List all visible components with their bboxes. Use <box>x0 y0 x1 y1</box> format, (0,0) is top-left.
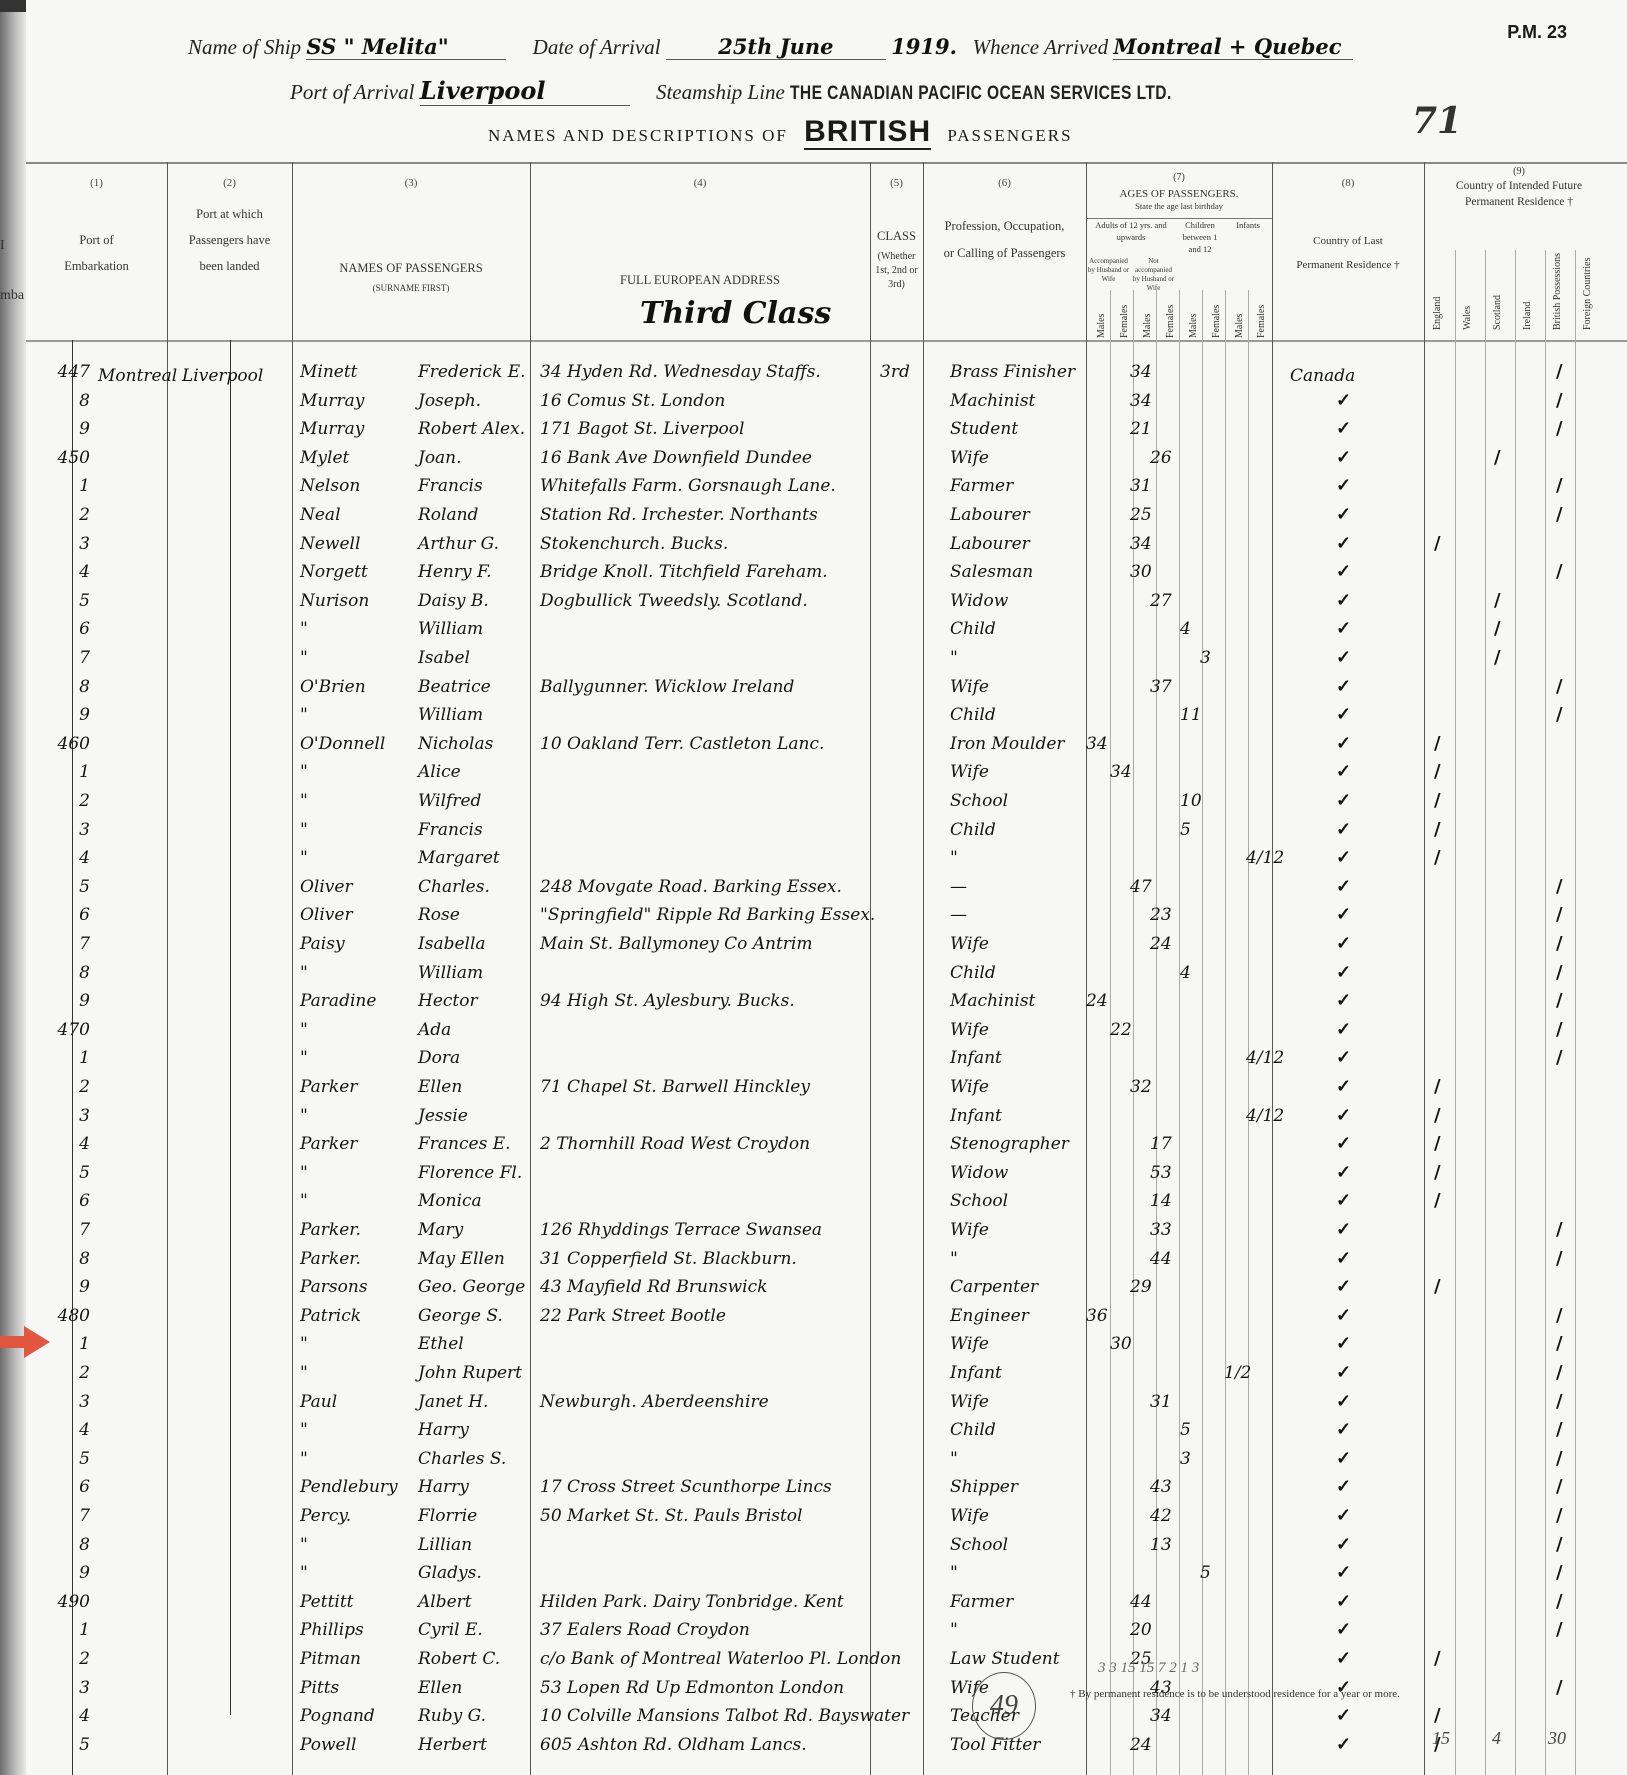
passenger-occupation: Child <box>950 816 996 844</box>
last-residence-tick-icon: ✓ <box>1336 959 1351 987</box>
passenger-address: Newburgh. Aberdeenshire <box>540 1388 769 1416</box>
passenger-surname: Nelson <box>300 472 360 500</box>
passenger-address: 17 Cross Street Scunthorpe Lincs <box>540 1473 832 1501</box>
last-residence-tick-icon: ✓ <box>1336 844 1351 872</box>
last-residence-tick-icon: ✓ <box>1336 387 1351 415</box>
passenger-given-name: Hector <box>418 987 478 1015</box>
future-residence-tick-icon: / <box>1434 816 1441 844</box>
col4-header: (4) FULL EUROPEAN ADDRESS <box>530 170 870 294</box>
last-residence-tick-icon: ✓ <box>1336 415 1351 443</box>
passenger-given-name: George S. <box>418 1302 503 1330</box>
future-residence-tick-icon: / <box>1556 387 1563 415</box>
ship-value: SS " Melita" <box>306 34 506 60</box>
passenger-given-name: Joseph. <box>418 387 481 415</box>
total-scotland: 4 <box>1492 1728 1501 1749</box>
passenger-age: 36 <box>1086 1302 1108 1330</box>
passenger-age: 30 <box>1110 1330 1132 1358</box>
passenger-age: 34 <box>1130 530 1152 558</box>
passenger-age: 31 <box>1130 472 1152 500</box>
passenger-address: "Springfield" Ripple Rd Barking Essex. <box>540 901 875 929</box>
future-residence-tick-icon: / <box>1556 1330 1563 1358</box>
passenger-surname: " <box>300 1445 308 1473</box>
passenger-occupation: School <box>950 1531 1008 1559</box>
passenger-surname: " <box>300 1359 308 1387</box>
passenger-surname: Pognand <box>300 1702 375 1730</box>
passenger-age: 24 <box>1086 987 1108 1015</box>
passenger-occupation: Infant <box>950 1102 1002 1130</box>
passenger-occupation: " <box>950 1245 958 1273</box>
passenger-address: 605 Ashton Rd. Oldham Lancs. <box>540 1731 807 1759</box>
passenger-age: 37 <box>1150 673 1172 701</box>
passenger-given-name: William <box>418 701 483 729</box>
last-residence-tick-icon: ✓ <box>1336 1073 1351 1101</box>
passenger-address: Dogbullick Tweedsly. Scotland. <box>540 587 808 615</box>
passenger-occupation: Brass Finisher <box>950 358 1075 386</box>
passenger-surname: Mylet <box>300 444 349 472</box>
future-residence-tick-icon: / <box>1434 730 1441 758</box>
passenger-number: 8 <box>30 1245 90 1273</box>
passenger-given-name: Henry F. <box>418 558 492 586</box>
future-residence-tick-icon: / <box>1556 1302 1563 1330</box>
passenger-given-name: Mary <box>418 1216 463 1244</box>
row-pointer-arrow <box>0 1336 26 1348</box>
passenger-given-name: Ethel <box>418 1330 464 1358</box>
future-residence-tick-icon: / <box>1556 1531 1563 1559</box>
passenger-given-name: Jessie <box>418 1102 468 1130</box>
passenger-surname: " <box>300 1531 308 1559</box>
passenger-address: 53 Lopen Rd Up Edmonton London <box>540 1674 844 1702</box>
passenger-given-name: May Ellen <box>418 1245 505 1273</box>
last-residence-tick-icon: ✓ <box>1336 1130 1351 1158</box>
col2-header: (2) Port at which Passengers have been l… <box>167 170 292 279</box>
passenger-surname: " <box>300 959 308 987</box>
passenger-age: 24 <box>1130 1731 1152 1759</box>
future-residence-tick-icon: / <box>1434 1645 1441 1673</box>
page-mark: 71 <box>1412 100 1462 142</box>
passenger-age: 3 <box>1180 1445 1191 1473</box>
passenger-given-name: Geo. George <box>418 1273 525 1301</box>
age-totals: 3 3 15 15 7 2 1 3 <box>1098 1660 1199 1677</box>
passenger-given-name: Robert C. <box>418 1645 500 1673</box>
passenger-surname: " <box>300 615 308 643</box>
passenger-occupation: Law Student <box>950 1645 1060 1673</box>
passenger-surname: " <box>300 844 308 872</box>
nationality: BRITISH <box>804 115 931 150</box>
last-residence-tick-icon: ✓ <box>1336 1359 1351 1387</box>
col9-header: (9) Country of Intended Future Permanent… <box>1424 166 1614 210</box>
future-residence-tick-icon: / <box>1556 358 1563 386</box>
passenger-number: 3 <box>30 1102 90 1130</box>
passenger-address: 31 Copperfield St. Blackburn. <box>540 1245 797 1273</box>
passenger-number: 2 <box>30 1073 90 1101</box>
last-residence-tick-icon: ✓ <box>1336 901 1351 929</box>
future-residence-tick-icon: / <box>1434 1073 1441 1101</box>
passenger-number: 460 <box>30 730 90 758</box>
passenger-occupation: Wife <box>950 673 989 701</box>
date-value: 25th June <box>666 34 886 60</box>
passenger-given-name: Cyril E. <box>418 1616 483 1644</box>
future-residence-tick-icon: / <box>1556 1044 1563 1072</box>
passenger-surname: " <box>300 701 308 729</box>
passenger-number: 9 <box>30 415 90 443</box>
passenger-occupation: Widow <box>950 587 1008 615</box>
passenger-occupation: Wife <box>950 758 989 786</box>
last-residence-tick-icon: ✓ <box>1336 1588 1351 1616</box>
passenger-given-name: Ada <box>418 1016 451 1044</box>
passenger-given-name: Daisy B. <box>418 587 489 615</box>
passenger-surname: Murray <box>300 387 364 415</box>
passenger-address: 2 Thornhill Road West Croydon <box>540 1130 810 1158</box>
passenger-surname: Parsons <box>300 1273 368 1301</box>
page-title: NAMES AND DESCRIPTIONS OF BRITISH PASSEN… <box>488 115 1073 149</box>
passenger-surname: Oliver <box>300 901 353 929</box>
edge-fragment: I <box>0 238 5 254</box>
passenger-occupation: Engineer <box>950 1302 1029 1330</box>
passenger-address: 171 Bagot St. Liverpool <box>540 415 744 443</box>
passenger-given-name: William <box>418 615 483 643</box>
passenger-given-name: Robert Alex. <box>418 415 525 443</box>
last-residence-tick-icon: ✓ <box>1336 501 1351 529</box>
future-residence-tick-icon: / <box>1494 444 1501 472</box>
last-residence-tick-icon: ✓ <box>1336 558 1351 586</box>
future-residence-tick-icon: / <box>1494 644 1501 672</box>
passenger-occupation: Farmer <box>950 472 1013 500</box>
passenger-given-name: Margaret <box>418 844 500 872</box>
passenger-surname: Newell <box>300 530 360 558</box>
line-value: THE CANADIAN PACIFIC OCEAN SERVICES LTD. <box>790 83 1172 105</box>
passenger-age: 5 <box>1180 1416 1191 1444</box>
passenger-age: 31 <box>1150 1388 1172 1416</box>
passenger-given-name: Gladys. <box>418 1559 482 1587</box>
last-residence-tick-icon: ✓ <box>1336 1445 1351 1473</box>
passenger-occupation: Infant <box>950 1359 1002 1387</box>
passenger-surname: " <box>300 1102 308 1130</box>
future-residence-tick-icon: / <box>1556 1388 1563 1416</box>
col8-header: (8) Country of Last Permanent Residence … <box>1272 170 1424 277</box>
passenger-given-name: Arthur G. <box>418 530 499 558</box>
future-residence-tick-icon: / <box>1556 701 1563 729</box>
total-british-possessions: 30 <box>1548 1728 1566 1749</box>
header-row-1: Name of Ship SS " Melita" Date of Arriva… <box>188 34 1353 60</box>
passenger-number: 490 <box>30 1588 90 1616</box>
passenger-age: 44 <box>1130 1588 1152 1616</box>
passenger-number: 7 <box>30 1502 90 1530</box>
last-residence-tick-icon: ✓ <box>1336 673 1351 701</box>
last-residence-tick-icon: ✓ <box>1336 1273 1351 1301</box>
passenger-age: 34 <box>1150 1702 1172 1730</box>
last-residence-tick-icon: ✓ <box>1336 1044 1351 1072</box>
passenger-address: 94 High St. Aylesbury. Bucks. <box>540 987 795 1015</box>
passenger-surname: Patrick <box>300 1302 361 1330</box>
passenger-occupation: Machinist <box>950 987 1035 1015</box>
last-residence-tick-icon: ✓ <box>1336 987 1351 1015</box>
passenger-given-name: Florence Fl. <box>418 1159 522 1187</box>
passenger-occupation: Wife <box>950 1016 989 1044</box>
passenger-number: 8 <box>30 673 90 701</box>
passenger-surname: Minett <box>300 358 358 386</box>
future-residence-tick-icon: / <box>1556 987 1563 1015</box>
passenger-number: 5 <box>30 1731 90 1759</box>
passenger-age: 5 <box>1200 1559 1211 1587</box>
passenger-age: 34 <box>1086 730 1108 758</box>
passenger-number: 8 <box>30 959 90 987</box>
passenger-surname: " <box>300 787 308 815</box>
scan-edge <box>0 0 26 1775</box>
passenger-surname: Neal <box>300 501 341 529</box>
passenger-given-name: Roland <box>418 501 478 529</box>
passenger-surname: " <box>300 1330 308 1358</box>
last-residence-tick-icon: ✓ <box>1336 816 1351 844</box>
passenger-number: 4 <box>30 1130 90 1158</box>
passenger-address: 50 Market St. St. Pauls Bristol <box>540 1502 802 1530</box>
passenger-number: 7 <box>30 644 90 672</box>
passenger-number: 1 <box>30 1616 90 1644</box>
passenger-given-name: Harry <box>418 1416 469 1444</box>
passenger-occupation: Stenographer <box>950 1130 1069 1158</box>
passenger-address: Main St. Ballymoney Co Antrim <box>540 930 812 958</box>
passenger-age: 20 <box>1130 1616 1152 1644</box>
passenger-age: 13 <box>1150 1531 1172 1559</box>
passenger-occupation: Widow <box>950 1159 1008 1187</box>
future-residence-tick-icon: / <box>1556 1616 1563 1644</box>
last-residence-tick-icon: ✓ <box>1336 587 1351 615</box>
passenger-age: 34 <box>1130 358 1152 386</box>
passenger-surname: Paradine <box>300 987 376 1015</box>
passenger-surname: O'Brien <box>300 673 366 701</box>
passenger-age: 5 <box>1180 816 1191 844</box>
passenger-surname: Oliver <box>300 873 353 901</box>
passenger-number: 3 <box>30 1388 90 1416</box>
passenger-occupation: — <box>950 901 967 929</box>
last-residence-tick-icon: ✓ <box>1336 1216 1351 1244</box>
passenger-address: 22 Park Street Bootle <box>540 1302 726 1330</box>
passenger-age: 1/2 <box>1224 1359 1251 1387</box>
passenger-surname: Powell <box>300 1731 356 1759</box>
passenger-age: 4/12 <box>1246 1102 1284 1130</box>
passenger-occupation: Child <box>950 959 996 987</box>
passenger-age: 26 <box>1150 444 1172 472</box>
passenger-address: 71 Chapel St. Barwell Hinckley <box>540 1073 810 1101</box>
future-residence-tick-icon: / <box>1556 415 1563 443</box>
arrow-icon <box>24 1326 50 1358</box>
passenger-occupation: Student <box>950 415 1018 443</box>
passenger-number: 7 <box>30 930 90 958</box>
passenger-number: 6 <box>30 1187 90 1215</box>
passenger-age: 23 <box>1150 901 1172 929</box>
passenger-given-name: Nicholas <box>418 730 493 758</box>
passenger-surname: " <box>300 1016 308 1044</box>
whence-value: Montreal + Quebec <box>1113 34 1353 60</box>
passenger-given-name: Francis <box>418 472 483 500</box>
header-row-2: Port of Arrival Liverpool Steamship Line… <box>290 76 1256 106</box>
passenger-occupation: Shipper <box>950 1473 1018 1501</box>
last-residence-tick-icon: ✓ <box>1336 1388 1351 1416</box>
passenger-given-name: Alice <box>418 758 461 786</box>
passenger-given-name: John Rupert <box>418 1359 522 1387</box>
passenger-number: 1 <box>30 472 90 500</box>
last-residence-tick-icon: ✓ <box>1336 1102 1351 1130</box>
passenger-surname: Percy. <box>300 1502 351 1530</box>
future-residence-tick-icon: / <box>1556 1416 1563 1444</box>
passenger-surname: " <box>300 816 308 844</box>
passenger-occupation: Wife <box>950 1388 989 1416</box>
passenger-given-name: Wilfred <box>418 787 481 815</box>
passenger-given-name: Charles S. <box>418 1445 506 1473</box>
passenger-address: 37 Ealers Road Croydon <box>540 1616 750 1644</box>
passenger-occupation: " <box>950 1616 958 1644</box>
future-residence-tick-icon: / <box>1556 873 1563 901</box>
passenger-surname: Parker <box>300 1130 357 1158</box>
passenger-occupation: " <box>950 1559 958 1587</box>
future-residence-tick-icon: / <box>1556 1445 1563 1473</box>
passenger-occupation: " <box>950 1445 958 1473</box>
passenger-number: 1 <box>30 1044 90 1072</box>
passenger-surname: Parker <box>300 1073 357 1101</box>
passenger-occupation: Wife <box>950 1330 989 1358</box>
passenger-given-name: Charles. <box>418 873 490 901</box>
last-residence-tick-icon: ✓ <box>1336 873 1351 901</box>
passenger-occupation: Farmer <box>950 1588 1013 1616</box>
future-residence-tick-icon: / <box>1494 587 1501 615</box>
last-residence-tick-icon: ✓ <box>1336 1645 1351 1673</box>
last-residence-tick-icon: ✓ <box>1336 787 1351 815</box>
passenger-number: 5 <box>30 873 90 901</box>
future-residence-tick-icon: / <box>1556 1245 1563 1273</box>
passenger-age: 25 <box>1130 501 1152 529</box>
passenger-number: 7 <box>30 1216 90 1244</box>
passenger-surname: Pettitt <box>300 1588 354 1616</box>
passenger-age: 33 <box>1150 1216 1172 1244</box>
passenger-given-name: Rose <box>418 901 460 929</box>
passenger-number: 2 <box>30 787 90 815</box>
future-residence-tick-icon: / <box>1434 530 1441 558</box>
passenger-address: Bridge Knoll. Titchfield Fareham. <box>540 558 828 586</box>
passenger-number: 4 <box>30 1702 90 1730</box>
passenger-number: 9 <box>30 987 90 1015</box>
passenger-given-name: Isabel <box>418 644 470 672</box>
passenger-age: 14 <box>1150 1187 1172 1215</box>
future-residence-tick-icon: / <box>1556 1674 1563 1702</box>
passenger-given-name: Joan. <box>418 444 462 472</box>
passenger-number: 2 <box>30 1645 90 1673</box>
passenger-occupation: Child <box>950 701 996 729</box>
passenger-surname: " <box>300 1559 308 1587</box>
passenger-age: 24 <box>1150 930 1172 958</box>
future-residence-tick-icon: / <box>1434 1102 1441 1130</box>
passenger-occupation: " <box>950 844 958 872</box>
passenger-given-name: Ruby G. <box>418 1702 486 1730</box>
future-residence-tick-icon: / <box>1434 1702 1441 1730</box>
passenger-age: 17 <box>1150 1130 1172 1158</box>
passenger-age: 10 <box>1180 787 1202 815</box>
last-residence-tick-icon: ✓ <box>1336 1330 1351 1358</box>
ship-label: Name of Ship <box>188 35 301 59</box>
passenger-address: 16 Bank Ave Downfield Dundee <box>540 444 812 472</box>
passenger-age: 11 <box>1180 701 1202 729</box>
future-residence-tick-icon: / <box>1556 1502 1563 1530</box>
passenger-address: 34 Hyden Rd. Wednesday Staffs. <box>540 358 821 386</box>
last-residence: Canada <box>1290 362 1355 390</box>
passenger-number: 450 <box>30 444 90 472</box>
passenger-given-name: Ellen <box>418 1073 462 1101</box>
passenger-surname: Parker. <box>300 1216 361 1244</box>
passenger-address: Hilden Park. Dairy Tonbridge. Kent <box>540 1588 844 1616</box>
passenger-given-name: Dora <box>418 1044 460 1072</box>
port-value: Liverpool <box>420 76 630 106</box>
future-residence-tick-icon: / <box>1556 673 1563 701</box>
passenger-surname: Pitman <box>300 1645 361 1673</box>
passenger-occupation: — <box>950 873 967 901</box>
passenger-address: 10 Colville Mansions Talbot Rd. Bayswate… <box>540 1702 909 1730</box>
passenger-surname: Pendlebury <box>300 1473 398 1501</box>
table-top-rule <box>26 162 1627 164</box>
passenger-age: 34 <box>1110 758 1132 786</box>
passenger-occupation: Iron Moulder <box>950 730 1065 758</box>
last-residence-tick-icon: ✓ <box>1336 530 1351 558</box>
future-residence-tick-icon: / <box>1556 558 1563 586</box>
whence-label: Whence Arrived <box>973 35 1108 59</box>
last-residence-tick-icon: ✓ <box>1336 472 1351 500</box>
passenger-number: 8 <box>30 387 90 415</box>
last-residence-tick-icon: ✓ <box>1336 730 1351 758</box>
embarkation-port: Montreal <box>98 362 177 390</box>
year-value: 1919. <box>891 34 957 59</box>
passenger-number: 5 <box>30 1445 90 1473</box>
passenger-occupation: Wife <box>950 1216 989 1244</box>
passenger-address: 248 Movgate Road. Barking Essex. <box>540 873 842 901</box>
future-residence-tick-icon: / <box>1556 472 1563 500</box>
future-residence-tick-icon: / <box>1556 1473 1563 1501</box>
last-residence-tick-icon: ✓ <box>1336 1187 1351 1215</box>
passenger-age: 30 <box>1130 558 1152 586</box>
passenger-number: 9 <box>30 1273 90 1301</box>
passenger-occupation: Salesman <box>950 558 1033 586</box>
passenger-occupation: Carpenter <box>950 1273 1038 1301</box>
passenger-surname: " <box>300 1187 308 1215</box>
passenger-age: 27 <box>1150 587 1172 615</box>
last-residence-tick-icon: ✓ <box>1336 444 1351 472</box>
passenger-number: 470 <box>30 1016 90 1044</box>
passenger-occupation: Wife <box>950 1502 989 1530</box>
passenger-surname: " <box>300 1416 308 1444</box>
future-residence-tick-icon: / <box>1556 1016 1563 1044</box>
passenger-number: 447 <box>30 358 90 386</box>
form-code: P.M. 23 <box>1507 22 1567 43</box>
passenger-occupation: Machinist <box>950 387 1035 415</box>
passenger-occupation: Wife <box>950 1073 989 1101</box>
passenger-address: 10 Oakland Terr. Castleton Lanc. <box>540 730 824 758</box>
passenger-number: 8 <box>30 1531 90 1559</box>
last-residence-tick-icon: ✓ <box>1336 1016 1351 1044</box>
passenger-number: 5 <box>30 587 90 615</box>
future-residence-tick-icon: / <box>1434 844 1441 872</box>
passenger-number: 4 <box>30 844 90 872</box>
passenger-given-name: Frederick E. <box>418 358 526 386</box>
class-value: 3rd <box>880 358 910 386</box>
passenger-number: 2 <box>30 501 90 529</box>
edge-fragment: mba <box>0 288 24 304</box>
passenger-surname: Norgett <box>300 558 368 586</box>
passenger-given-name: Florrie <box>418 1502 477 1530</box>
future-residence-tick-icon: / <box>1556 959 1563 987</box>
passenger-surname: Pitts <box>300 1674 339 1702</box>
passenger-address: Whitefalls Farm. Gorsnaugh Lane. <box>540 472 836 500</box>
passenger-address: Station Rd. Irchester. Northants <box>540 501 818 529</box>
landed-port: Liverpool <box>182 362 263 390</box>
passenger-surname: O'Donnell <box>300 730 385 758</box>
last-residence-tick-icon: ✓ <box>1336 758 1351 786</box>
last-residence-tick-icon: ✓ <box>1336 1531 1351 1559</box>
